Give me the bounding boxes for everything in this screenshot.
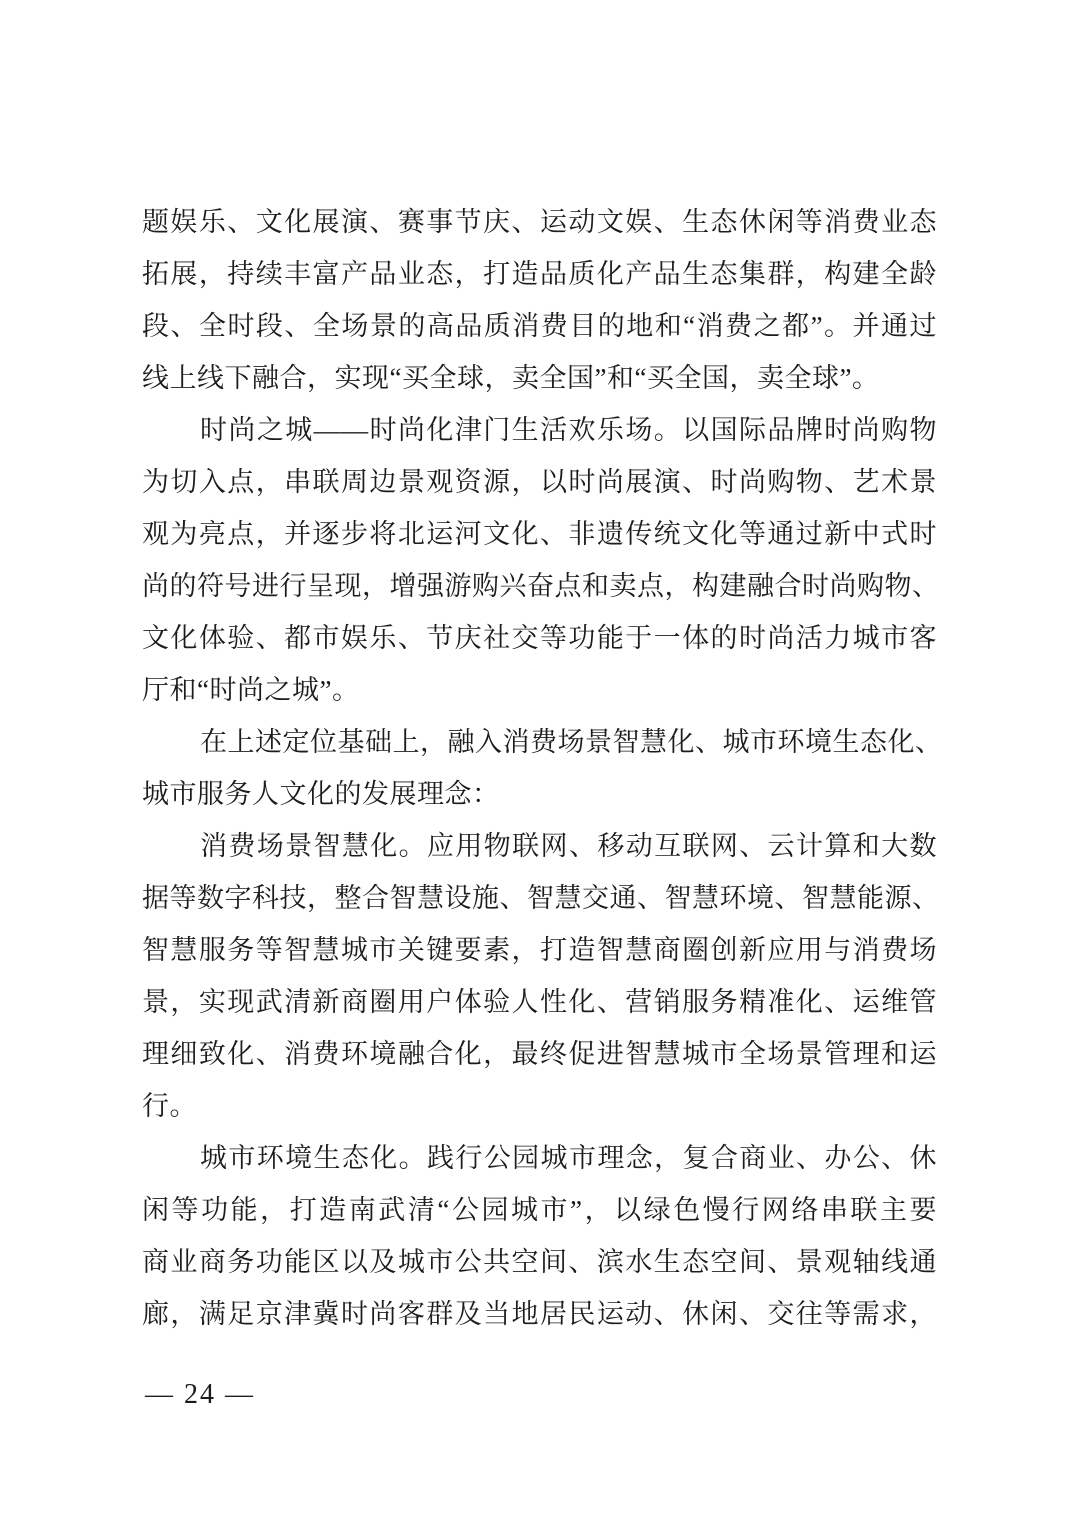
text-line: 城市环境生态化。践行公园城市理念，复合商业、办公、休 — [142, 1132, 937, 1184]
text-block: 题娱乐、文化展演、赛事节庆、运动文娱、生态休闲等消费业态拓展，持续丰富产品业态，… — [142, 196, 937, 1340]
text-line: 为切入点，串联周边景观资源，以时尚展演、时尚购物、艺术景 — [142, 456, 937, 508]
text-line: 智慧服务等智慧城市关键要素，打造智慧商圈创新应用与消费场 — [142, 924, 937, 976]
text-line: 城市服务人文化的发展理念： — [142, 768, 937, 820]
text-line: 文化体验、都市娱乐、节庆社交等功能于一体的时尚活力城市客 — [142, 612, 937, 664]
text-line: 时尚之城——时尚化津门生活欢乐场。以国际品牌时尚购物 — [142, 404, 937, 456]
text-line: 尚的符号进行呈现，增强游购兴奋点和卖点，构建融合时尚购物、 — [142, 560, 937, 612]
page-number: — 24 — — [145, 1378, 255, 1412]
text-line: 行。 — [142, 1080, 937, 1132]
text-line: 消费场景智慧化。应用物联网、移动互联网、云计算和大数 — [142, 820, 937, 872]
text-line: 据等数字科技，整合智慧设施、智慧交通、智慧环境、智慧能源、 — [142, 872, 937, 924]
text-line: 理细致化、消费环境融合化，最终促进智慧城市全场景管理和运 — [142, 1028, 937, 1080]
text-line: 段、全时段、全场景的高品质消费目的地和“消费之都”。并通过 — [142, 300, 937, 352]
document-page: 题娱乐、文化展演、赛事节庆、运动文娱、生态休闲等消费业态拓展，持续丰富产品业态，… — [0, 0, 1074, 1520]
text-line: 景，实现武清新商圈用户体验人性化、营销服务精准化、运维管 — [142, 976, 937, 1028]
text-line: 商业商务功能区以及城市公共空间、滨水生态空间、景观轴线通 — [142, 1236, 937, 1288]
text-line: 厅和“时尚之城”。 — [142, 664, 937, 716]
text-line: 在上述定位基础上，融入消费场景智慧化、城市环境生态化、 — [142, 716, 937, 768]
text-line: 线上线下融合，实现“买全球，卖全国”和“买全国，卖全球”。 — [142, 352, 937, 404]
text-line: 观为亮点，并逐步将北运河文化、非遗传统文化等通过新中式时 — [142, 508, 937, 560]
text-line: 拓展，持续丰富产品业态，打造品质化产品生态集群，构建全龄 — [142, 248, 937, 300]
text-line: 题娱乐、文化展演、赛事节庆、运动文娱、生态休闲等消费业态 — [142, 196, 937, 248]
text-line: 闲等功能，打造南武清“公园城市”，以绿色慢行网络串联主要 — [142, 1184, 937, 1236]
text-line: 廊，满足京津冀时尚客群及当地居民运动、休闲、交往等需求， — [142, 1288, 937, 1340]
